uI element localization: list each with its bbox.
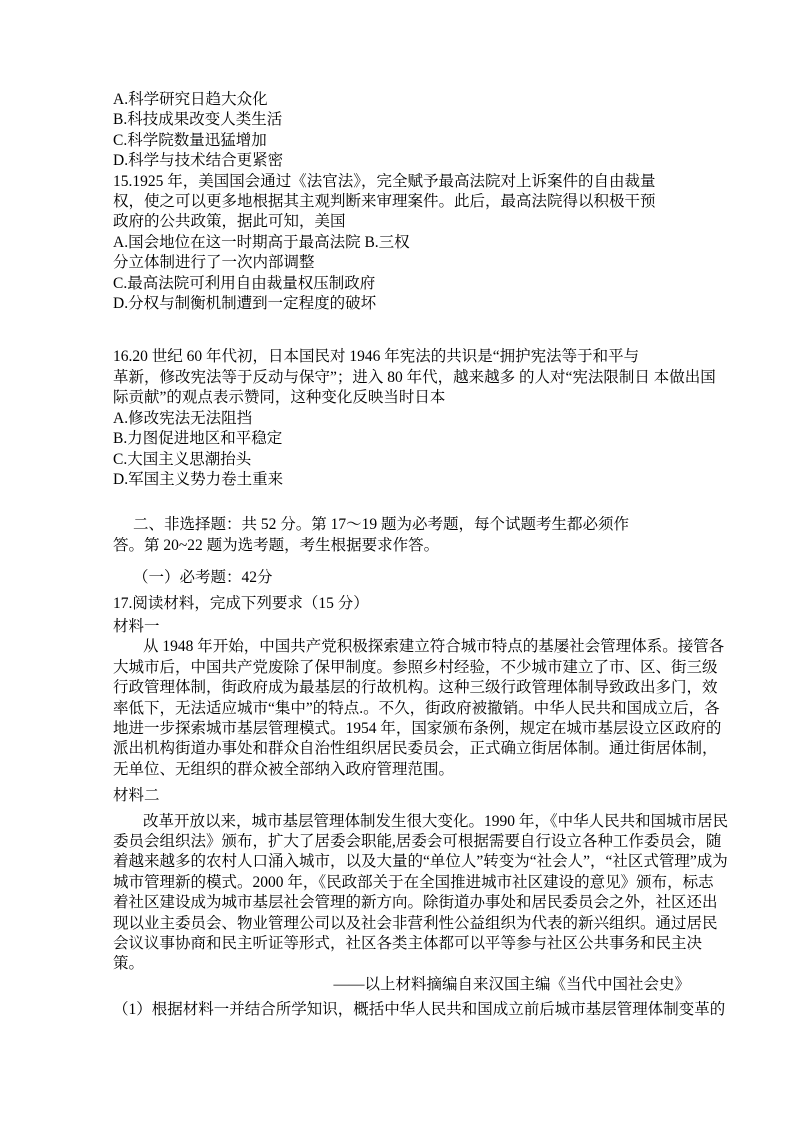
section-2-heading-line-2: 答。第 20~22 题为选考题，考生根据要求作答。 (113, 536, 690, 556)
material-2-line: 改革开放以来，城市基层管理体制发生很大变化。1990 年，《中华人民共和国城市居… (113, 812, 690, 832)
question-15-stem-line: 权，使之可以更多地根据其主观判断来审理案件。此后，最高法院得以积极干预 (113, 192, 690, 212)
question-16-stem-line: 16.20 世纪 60 年代初，日本国民对 1946 年宪法的共识是“拥护宪法等… (113, 347, 690, 367)
question-15-option-b-cont: 分立体制进行了一次内部调整 (113, 253, 690, 273)
question-15-option-ab: A.国会地位在这一时期高于最高法院 B.三权 (113, 233, 690, 253)
question-17-intro: 17.阅读材料，完成下列要求（15 分） (113, 594, 690, 614)
material-1-line: 大城市后，中国共产党废除了保甲制度。参照乡村经验，不少城市建立了市、区、街三级 (113, 658, 690, 678)
material-2-line: 着社区建设成为城市基层社会管理的新方向。除街道办事处和居民委员会之外，社区还出 (113, 893, 690, 913)
material-2-paragraph: 改革开放以来，城市基层管理体制发生很大变化。1990 年，《中华人民共和国城市居… (113, 812, 690, 975)
question-16-option-b: B.力图促进地区和平稳定 (113, 429, 690, 449)
question-14-options: A.科学研究日趋大众化 B.科技成果改变人类生活 C.科学院数量迅猛增加 D.科… (113, 90, 690, 172)
material-attribution: ——以上材料摘编自来汉国主编《当代中国社会史》 (113, 975, 690, 995)
material-1-line: 派出机构街道办事处和群众自治性组织居民委员会，正式确立街居体制。通辻街居体制， (113, 739, 690, 759)
material-1-line: 无单位、无组织的群众被全部纳入政府管理范围。 (113, 760, 690, 780)
material-2-line: 会议议事协商和民主听证等形式，社区各类主体都可以平等参与社区公共事务和民主决 (113, 934, 690, 954)
material-1-line: 地进一步探索城市基层管理模式。1954 年，国家颁布条例，规定在城市基层设立区政… (113, 719, 690, 739)
material-2-line: 现以业主委员会、物业管理公司以及社会非营利性公益组织为代表的新兴组织。通过居民 (113, 914, 690, 934)
question-16-option-a: A.修改宪法无法阻挡 (113, 409, 690, 429)
question-15-option-c: C.最高法院可利用自由裁量权压制政府 (113, 274, 690, 294)
question-16-option-c: C.大国主义思潮抬头 (113, 450, 690, 470)
question-15-stem-line: 15.1925 年，美国国会通过《法官法》，完全赋予最高法院对上诉案件的自由裁量 (113, 172, 690, 192)
question-15-stem-line: 政府的公共政策，据此可知，美国 (113, 212, 690, 232)
section-2-heading: 二、非选择题：共 52 分。第 17～19 题为必考题，每个试题考生都必须作 答… (113, 515, 690, 556)
material-1-label: 材料一 (113, 617, 690, 637)
material-1-line: 行政管理体制，街政府成为最基层的行故机构。这种三级行政管理体制导致政出多门，效 (113, 678, 690, 698)
exam-page: A.科学研究日趋大众化 B.科技成果改变人类生活 C.科学院数量迅猛增加 D.科… (113, 90, 690, 1021)
material-1-paragraph: 从 1948 年开始，中国共产党积极探索建立符合城市特点的基屡社会管理体系。接管… (113, 637, 690, 780)
material-2-label: 材料二 (113, 786, 690, 806)
question-14-option-c: C.科学院数量迅猛增加 (113, 131, 690, 151)
question-16-stem-line: 革新，修改宪法等于反动与保守”；进入 80 年代，越来越多 的人对“宪法限制日 … (113, 368, 690, 388)
question-16-option-d: D.军国主义势力卷土重来 (113, 470, 690, 490)
question-16: 16.20 世纪 60 年代初，日本国民对 1946 年宪法的共识是“拥护宪法等… (113, 347, 690, 490)
question-14-option-a: A.科学研究日趋大众化 (113, 90, 690, 110)
question-14-option-d: D.科学与技术结合更紧密 (113, 151, 690, 171)
material-2-line: 策。 (113, 954, 690, 974)
question-14-option-b: B.科技成果改变人类生活 (113, 110, 690, 130)
question-17-sub-1: （1）根据材料一并结合所学知识，概括中华人民共和国成立前后城市基层管理体制变革的 (113, 1000, 690, 1020)
material-1-line: 从 1948 年开始，中国共产党积极探索建立符合城市特点的基屡社会管理体系。接管… (113, 637, 690, 657)
question-16-stem-line: 际贡献”的观点表示赞同，这种变化反映当时日本 (113, 388, 690, 408)
material-2-line: 城市管理新的模式。2000 年，《民政部关于在全国推进城市社区建设的意见》颁布，… (113, 873, 690, 893)
subsection-1-heading: （一）必考题：42分 (113, 568, 690, 588)
material-2-line: 着越来越多的农村人口涌入城市，以及大量的“单位人”转变为“社会人”，“社区式管理… (113, 852, 690, 872)
material-1-line: 率低下，无法适应城市“集中”的特点.。不久，街政府被撤销。中华人民共和国成立后，… (113, 699, 690, 719)
section-2-heading-line-1: 二、非选择题：共 52 分。第 17～19 题为必考题，每个试题考生都必须作 (113, 515, 690, 535)
material-2-line: 委员会组织法》颁布，扩大了居委会职能,居委会可根据需要自行设立各种工作委员会，随 (113, 832, 690, 852)
question-15-option-d: D.分权与制衡机制遭到一定程度的破坏 (113, 294, 690, 314)
question-15: 15.1925 年，美国国会通过《法官法》，完全赋予最高法院对上诉案件的自由裁量… (113, 172, 690, 315)
